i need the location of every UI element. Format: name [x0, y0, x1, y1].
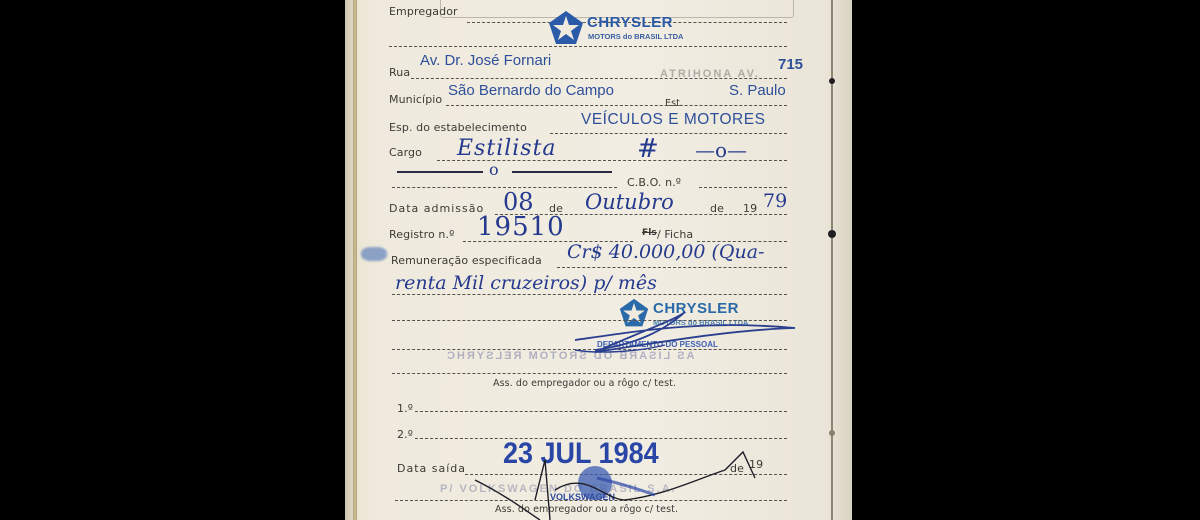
spine-stitch	[828, 230, 836, 238]
label-cbo: C.B.O. n.º	[627, 176, 681, 189]
label-testemunha-2: 2.º	[397, 428, 413, 441]
label-ass-empregador-bottom: Ass. do empregador ou a rôgo c/ test.	[495, 504, 678, 515]
dotted-line	[465, 474, 787, 475]
dotted-line	[392, 294, 787, 295]
dotted-line	[446, 105, 787, 106]
label-data-saida: Data saída	[397, 462, 466, 475]
filler-line	[397, 171, 483, 173]
filler-line	[512, 171, 612, 173]
dotted-line	[550, 133, 787, 134]
label-data-admissao: Data admissão	[389, 202, 484, 215]
label-remuneracao: Remuneração especificada	[391, 254, 542, 267]
dotted-line	[392, 373, 787, 374]
cargo-filler: —o—	[695, 138, 747, 162]
dotted-line	[411, 78, 787, 79]
signature-stamp-name: CHRYSLER	[653, 300, 739, 317]
dotted-line	[557, 267, 787, 268]
label-rua: Rua	[389, 66, 410, 79]
spine-stitch	[829, 430, 835, 436]
dotted-line	[389, 46, 787, 47]
field-cargo: Estilista	[457, 136, 557, 161]
label-est: Est.	[665, 98, 683, 109]
field-especie: VEÍCULOS E MOTORES	[581, 111, 765, 129]
field-numero: 715	[778, 56, 803, 73]
label-ass-empregador: Ass. do empregador ou a rôgo c/ test.	[493, 378, 676, 389]
field-municipio: São Bernardo do Campo	[448, 82, 614, 99]
label-empregador: Empregador	[389, 5, 458, 18]
label-registro: Registro n.º	[389, 228, 454, 241]
field-admissao-ano: 79	[763, 190, 787, 212]
label-ficha: / Ficha	[657, 228, 693, 241]
field-remuneracao-line2: renta Mil cruzeiros) p/ mês	[395, 272, 657, 294]
dotted-line	[699, 187, 787, 188]
field-registro: 19510	[477, 212, 565, 242]
pentastar-icon	[619, 298, 649, 328]
dotted-line	[415, 411, 787, 412]
cargo-line2-filler: o	[489, 160, 499, 179]
label-municipio: Município	[389, 93, 442, 106]
label-ficha-struck: Fls	[642, 228, 657, 238]
exit-date-stamp: 23 JUL 1984	[503, 436, 659, 470]
employer-stamp-subtitle: MOTORS do BRASIL LTDA	[588, 32, 683, 41]
label-ano-prefix: 19	[749, 458, 763, 471]
employer-stamp-name: CHRYSLER	[587, 14, 673, 31]
pentastar-icon	[548, 10, 584, 46]
spine-stitch	[829, 78, 835, 84]
label-especie: Esp. do estabelecimento	[389, 121, 527, 134]
ink-smudge	[361, 247, 387, 261]
field-rua: Av. Dr. José Fornari	[420, 52, 551, 69]
label-cargo: Cargo	[389, 146, 422, 159]
volkswagen-stamp: VOLKSWAGEN	[550, 492, 615, 502]
dotted-line	[392, 320, 787, 321]
field-remuneracao-line1: Cr$ 40.000,00 (Qua-	[567, 241, 764, 263]
field-estado: S. Paulo	[729, 82, 786, 99]
document-page: Empregador CHRYSLER MOTORS do BRASIL LTD…	[345, 0, 852, 520]
label-testemunha-1: 1.º	[397, 402, 413, 415]
department-stamp: DEPARTAMENTO DO PESSOAL	[597, 340, 718, 349]
faded-mirrored-stamp: AS LISARB OD SROTOM RELSYRHC	[445, 350, 695, 362]
field-admissao-mes: Outubro	[585, 190, 674, 214]
